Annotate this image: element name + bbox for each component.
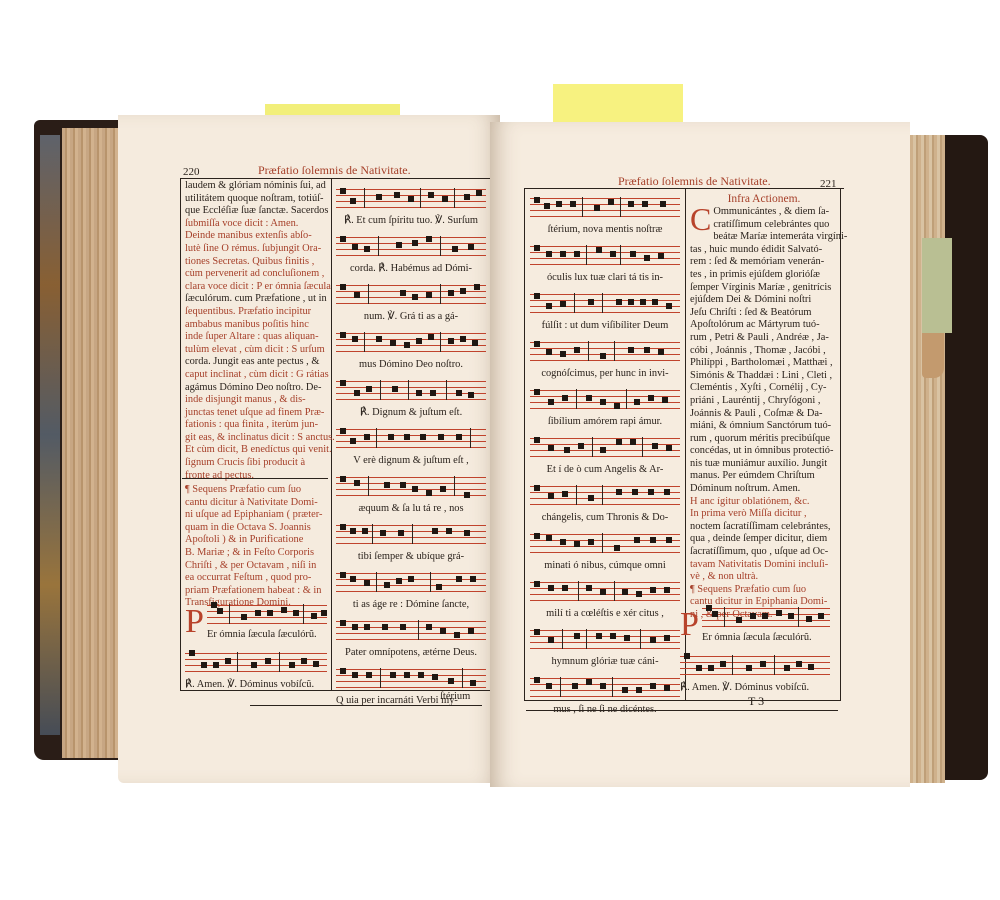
- chant-staff: [530, 674, 680, 700]
- right-page-block-edge: [905, 135, 945, 783]
- chant-staff: [530, 290, 680, 316]
- left-chant-column: ℟. Et cum ſpíritu tuo. ℣. Surſum corda. …: [336, 181, 486, 709]
- rubric-line: ni uſque ad Epiphaniam ( præter-: [185, 509, 327, 522]
- text-line: priáni , Lauréntij , Chryſógoni ,: [690, 395, 838, 408]
- text-line: tes , in primis ejúſdem glorióſæ: [690, 269, 838, 282]
- chant-staff: [336, 377, 486, 403]
- text-line: rum , Petri & Pauli , Andréæ , Ja-: [690, 332, 838, 345]
- right-text-column: Infra Actionem. C Ommunicántes , & diem …: [690, 192, 838, 622]
- text-line: caput inclinat , cùm dicit : G rátias: [185, 369, 327, 382]
- rubric-line: Chriſti , & per Octavam , niſi in: [185, 560, 327, 573]
- chant-staff: [530, 194, 680, 220]
- chant-staff: [530, 386, 680, 412]
- text-line: utilitátem quoque noſtram, totiúſ-: [185, 193, 327, 206]
- rubric-line: quam in die Octava S. Joannis: [185, 522, 327, 535]
- text-line: ſignum Crucis ſibi producit à: [185, 457, 327, 470]
- chant-staff: [336, 233, 486, 259]
- text-line: rum , quorum méritis precibúſque: [690, 433, 838, 446]
- text-line: Joánnis & Pauli , Coſmæ & Da-: [690, 408, 838, 421]
- text-line: fronte ad pectus.: [185, 470, 327, 483]
- text-line: Cleméntis , Xyſti , Cornélij , Cy-: [690, 382, 838, 395]
- page-number-left: 220: [183, 166, 200, 178]
- chant-staff: [336, 281, 486, 307]
- text-line: fationis : qua finita , iterùm jun-: [185, 419, 327, 432]
- running-head-right: Præfatio ſolemnis de Nativitate.: [618, 174, 771, 189]
- text-line: laudem & glóriam nóminis ſui, ad: [185, 180, 327, 193]
- section-heading: Infra Actionem.: [690, 192, 838, 206]
- text-line: agámus Dómino Deo noſtro. De-: [185, 382, 327, 395]
- chant-lyric: fúlſit : ut dum viſibíliter Deum: [530, 318, 680, 334]
- chant-staff: [530, 434, 680, 460]
- text-line: Dóminum noſtrum. Amen.: [690, 483, 838, 496]
- chant-lyric: minati ó nibus, cúmque omni: [530, 558, 680, 574]
- text-line: tiones Secretas. Quibus finitis ,: [185, 256, 327, 269]
- rubric-line: B. Mariæ ; & in Feſto Corporis: [185, 547, 327, 560]
- rubric-line: H anc ígitur oblatiónem, &c.: [690, 496, 838, 509]
- bottom-rule: [526, 710, 838, 711]
- yellow-sticky-tab-right: [553, 84, 683, 126]
- marbled-endpaper: [40, 135, 60, 735]
- catchword: ſtérium: [440, 691, 470, 702]
- chant-staff: [336, 521, 486, 547]
- open-missal-photo: 220 Præfatio ſolemnis de Nativitate. lau…: [0, 0, 1000, 900]
- chant-lyric: ti as áge re : Dómine ſancte,: [336, 597, 486, 613]
- text-line: concédas, ut in ómnibus protectió-: [690, 445, 838, 458]
- chant-staff: [530, 242, 680, 268]
- text-line: Philíppi , Bartholomæi , Matthæi ,: [690, 357, 838, 370]
- chant-lyric: ſibílium amórem rapi ámur.: [530, 414, 680, 430]
- chant-lyric: chángelis, cum Thronis & Do-: [530, 510, 680, 526]
- chant-staff: [530, 626, 680, 652]
- text-line: Deinde manibus extenſis abſo-: [185, 230, 327, 243]
- right-chant-block: P Er ómnia ſæcula ſæculórũ. ℟. Amen. ℣. …: [680, 600, 830, 696]
- chant-lyric: tibi ſemper & ubíque grá-: [336, 549, 486, 565]
- text-line: Apoſtolórum ac Mártyrum tuó-: [690, 319, 838, 332]
- dropcap-c: C: [690, 206, 711, 232]
- left-page-block-edge: [62, 128, 120, 758]
- text-line: cùm pervenerit ad concluſionem ,: [185, 268, 327, 281]
- chant-lyric: milí ti a cœléſtis e xér citus ,: [530, 606, 680, 622]
- rubric-line: qua , deinde ſemper dicitur, diem: [690, 533, 838, 546]
- chant-lyric: ℟. Dignum & juſtum eſt.: [336, 405, 486, 421]
- chant-lyric: num. ℣. Grá ti as a gá-: [336, 309, 486, 325]
- tan-bookmark-ribbon: [922, 333, 944, 378]
- chant-lyric: Er ómnia ſæcula ſæculórũ.: [702, 630, 812, 646]
- text-line: ſubmiſſa voce dicit : Amen.: [185, 218, 327, 231]
- text-line: Ommunicántes , & diem ſa-: [690, 206, 838, 219]
- chant-lyric: Er ómnia ſæcula ſæculórũ.: [207, 627, 317, 643]
- text-line: git eas, & inclinatus dicit : S anctus.: [185, 432, 327, 445]
- chant-lyric: mus Dómino Deo noſtro.: [336, 357, 486, 373]
- chant-lyric: ℟. Et cum ſpíritu tuo. ℣. Surſum: [336, 213, 486, 229]
- chant-lyric: Pater omnípotens, ætérne Deus.: [336, 645, 486, 661]
- rubric-line: ſacratíſſimum, quo , uſque ad Oc-: [690, 546, 838, 559]
- rubric-line: In prima verò Miſſa dicitur ,: [690, 508, 838, 521]
- text-line: beátæ Maríæ intemeráta virgíni-: [690, 231, 838, 244]
- rubric-line: ¶ Sequens Præfatio cum ſuo: [185, 484, 327, 497]
- chant-staff: [702, 604, 830, 630]
- rubric-line: tavam Nativitatis Domini incluſi-: [690, 559, 838, 572]
- chant-lyric: cognóſcimus, per hunc in invi-: [530, 366, 680, 382]
- rubric-line: vè , & non ultrà.: [690, 571, 838, 584]
- green-bookmark-ribbon: [922, 238, 952, 333]
- text-line: Et cùm dicit, B enedíctus qui venit.: [185, 444, 327, 457]
- text-line: corda. Jungit eas ante pectus , &: [185, 356, 327, 369]
- chant-lyric: ſtérium, nova mentis noſtræ: [530, 222, 680, 238]
- text-line: ſæculórum. cum Præfatione , ut in: [185, 293, 327, 306]
- text-line: lutè ſine O rémus. ſubjungit Ora-: [185, 243, 327, 256]
- chant-staff: [680, 652, 830, 678]
- rubric-line: Apoſtoli ) & in Purificatione: [185, 534, 327, 547]
- text-line: Simónis & Thaddæi : Lini , Cleti ,: [690, 370, 838, 383]
- chant-staff: [185, 649, 327, 675]
- text-line: ſemper Vírginis Maríæ , genitrícis: [690, 282, 838, 295]
- chant-lyric: æquum & ſa lu tá re , nos: [336, 501, 486, 517]
- chant-lyric: corda. ℟. Habémus ad Dómi-: [336, 261, 486, 277]
- text-line: ambabus manibus poſitis hinc: [185, 319, 327, 332]
- chant-staff: [336, 569, 486, 595]
- text-line: manus. Per eúmdem Chriſtum: [690, 470, 838, 483]
- chant-staff: [207, 601, 327, 627]
- text-line: que Eccléſiæ ſuæ ſanctæ. Sacerdos: [185, 205, 327, 218]
- chant-staff: [336, 665, 486, 691]
- left-column-text: laudem & glóriam nóminis ſui, ad utilitá…: [185, 180, 327, 482]
- chant-lyric: Et í de ò cum Angelis & Ar-: [530, 462, 680, 478]
- text-line: ſequentibus. Præfatio incipitur: [185, 306, 327, 319]
- text-line: clara voce dicit : P er ómnia ſæcula: [185, 281, 327, 294]
- signature-mark: T 3: [748, 694, 764, 709]
- rubric-line: ea occurrat Feſtum , quod pro-: [185, 572, 327, 585]
- text-line: ejúſdem Dei & Dómini noſtri: [690, 294, 838, 307]
- chant-lyric: V erè dignum & juſtum eſt ,: [336, 453, 486, 469]
- section-rule: [182, 478, 328, 479]
- left-chant-block: P Er ómnia ſæcula ſæculórũ. ℟. Amen. ℣. …: [185, 597, 327, 693]
- right-chant-column: ſtérium, nova mentis noſtræ óculis lux t…: [530, 190, 680, 718]
- chant-staff: [336, 329, 486, 355]
- text-line: rem : ſed & memóriam venerán-: [690, 256, 838, 269]
- chant-staff: [336, 425, 486, 451]
- text-line: miáni, & ómnium Sanctórum tuó-: [690, 420, 838, 433]
- rubric-line: noctem ſacratíſſimam celebrántes,: [690, 521, 838, 534]
- text-line: cóbi , Joánnis , Thomæ , Jacóbi ,: [690, 345, 838, 358]
- chant-staff: [336, 185, 486, 211]
- dropcap-p: P: [185, 607, 204, 637]
- rubric-line: cantu dicitur à Nativitate Domi-: [185, 497, 327, 510]
- text-line: cratíſſimum celebrántes quo: [690, 219, 838, 232]
- text-line: nis tuæ muniámur auxílio. Jungit: [690, 458, 838, 471]
- bottom-rule: [250, 705, 482, 706]
- text-line: junctas tenet uſque ad finem Præ-: [185, 407, 327, 420]
- chant-staff: [530, 482, 680, 508]
- chant-staff: [530, 338, 680, 364]
- rubric-line: ¶ Sequens Præfatio cum ſuo: [690, 584, 838, 597]
- text-line: tulùm elevat , cùm dicit : S urſum: [185, 344, 327, 357]
- text-line: inde ſuper Altare : quas aliquan-: [185, 331, 327, 344]
- left-rubric: ¶ Sequens Præfatio cum ſuo cantu dicitur…: [185, 484, 327, 610]
- chant-lyric: ℟. Amen. ℣. Dóminus vobíſcũ.: [185, 677, 327, 693]
- text-line: tas , huic mundo édidit Salvató-: [690, 244, 838, 257]
- rubric-line: priam Præfationem habeat : & in: [185, 585, 327, 598]
- running-head-left: Præfatio ſolemnis de Nativitate.: [258, 163, 411, 178]
- chant-lyric: hymnum glóriæ tuæ cáni-: [530, 654, 680, 670]
- dropcap-p: P: [680, 610, 699, 640]
- chant-staff: [336, 617, 486, 643]
- chant-staff: [530, 578, 680, 604]
- chant-lyric: óculis lux tuæ clari tá tis in-: [530, 270, 680, 286]
- text-line: inde disjungit manus , & dis-: [185, 394, 327, 407]
- chant-staff: [530, 530, 680, 556]
- text-line: Jeſu Chriſti : ſed & Beatórum: [690, 307, 838, 320]
- chant-staff: [336, 473, 486, 499]
